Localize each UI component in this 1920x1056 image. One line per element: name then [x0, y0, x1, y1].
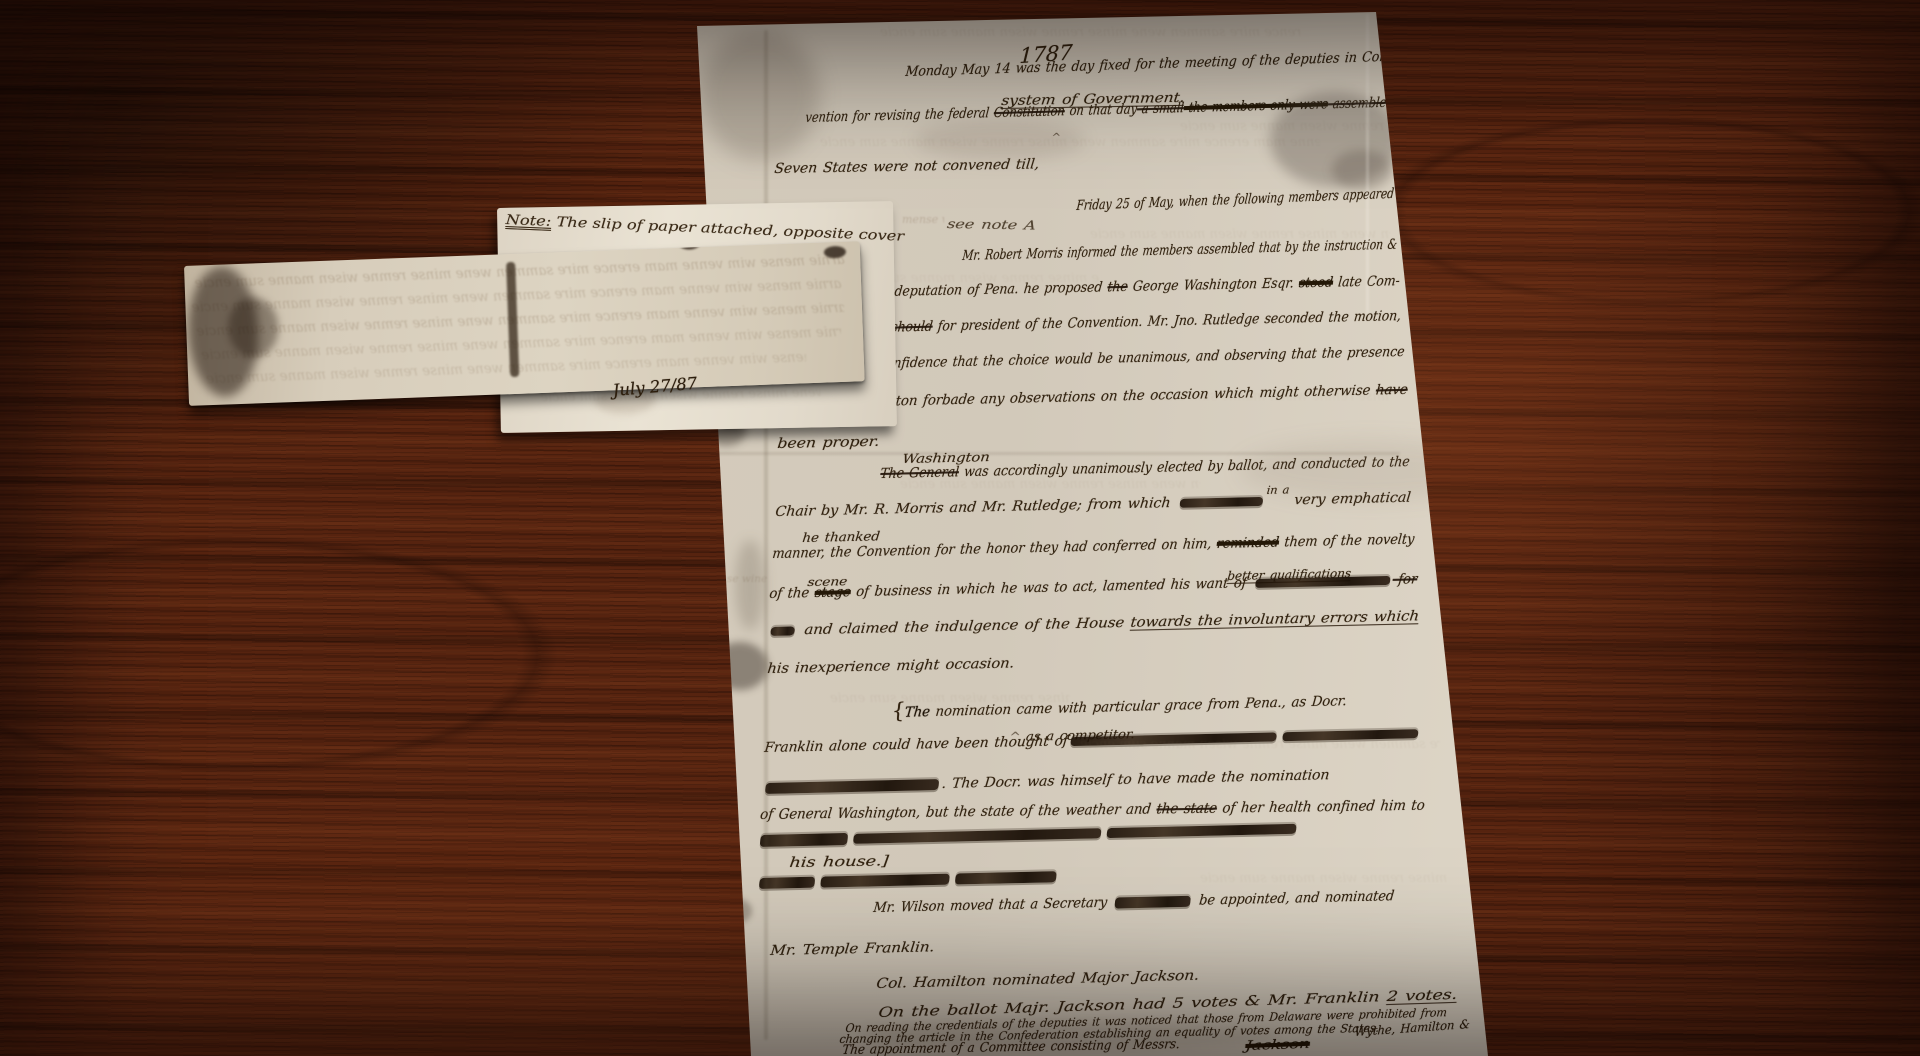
bleedthrough-text: mense wine remme sum timene mane conven …	[880, 26, 1300, 39]
bleedthrough-text: mense wine remme sum timene mane conven …	[1080, 738, 1440, 751]
stain	[1332, 150, 1392, 190]
manuscript-line: Mr. Temple Franklin.	[770, 941, 935, 959]
manuscript-line: Mr. Robert Morris informed the members a…	[962, 239, 1398, 264]
manuscript-line: Seven States were not convened till,	[774, 158, 1040, 176]
manuscript-line: Mr. Wilson moved that a Secretary be app…	[873, 890, 1395, 916]
bleedthrough-text: mense wine remme sum timene mane conven …	[1180, 120, 1390, 133]
manuscript-line: he thanked	[802, 530, 881, 544]
bleedthrough-text: mense wine remme sum timene mane conven …	[820, 136, 1320, 149]
manuscript-line: Jackson	[1245, 1038, 1310, 1053]
ink-blot	[853, 828, 1102, 844]
manuscript-line: Friday 25 of May, when the following mem…	[1076, 188, 1395, 214]
bleedthrough-text: mense wine remme sum timene mane conven …	[900, 478, 1200, 491]
ink-blot	[1255, 576, 1391, 588]
manuscript-line: of General Washington, but the state of …	[759, 799, 1425, 823]
manuscript-line	[756, 870, 1060, 891]
ink-blot	[765, 779, 939, 794]
manuscript-line: Col. Hamilton nominated Major Jackson.	[876, 970, 1200, 992]
bleedthrough-text: mense wine remme sum timene mane conven …	[902, 214, 944, 225]
ink-blot	[955, 871, 1057, 884]
manuscript-line: his house.]	[789, 855, 890, 871]
ink-blot	[760, 832, 849, 846]
manuscript-line: . The Docr. was himself to have made the…	[762, 769, 1330, 796]
bleedthrough-text: mense wine remme sum timene mane conven …	[830, 692, 1070, 705]
ink-blot	[820, 874, 950, 888]
ink-blot	[1179, 497, 1263, 508]
bleedthrough-text: mense wine remme sum timene mane conven …	[1090, 228, 1390, 241]
bleedthrough-text: mense wine remme sum timene mane conven …	[1200, 872, 1450, 885]
paper-slip: mense wine remme sum timene mane conven …	[184, 241, 865, 406]
manuscript-line	[757, 822, 1300, 848]
ink-blot	[1106, 823, 1296, 837]
stain	[700, 30, 820, 160]
manuscript-line: of the stage of business in which he was…	[769, 573, 1418, 602]
stain	[700, 452, 1400, 455]
manuscript-line: been proper.	[777, 436, 880, 452]
stain	[735, 540, 765, 630]
note-label: Note:	[505, 212, 551, 230]
manuscript-line: Chair by Mr. R. Morris and Mr. Rutledge;…	[775, 492, 1412, 520]
ink-blot	[1115, 896, 1192, 909]
photograph-of-manuscript: 1787 Monday May 14 was the day fixed for…	[0, 0, 1920, 1056]
manuscript-line: his inexperience might occasion.	[767, 657, 1015, 676]
ink-blot	[770, 626, 795, 636]
manuscript-line: see note A	[946, 218, 1036, 232]
manuscript-line: Monday May 14 was the day fixed for the …	[905, 51, 1392, 80]
bleedthrough-text: mense wine remme sum timene mane conven …	[1150, 390, 1390, 403]
ink-blot	[759, 877, 816, 889]
manuscript-line: and claimed the indulgence of the House …	[767, 610, 1420, 639]
